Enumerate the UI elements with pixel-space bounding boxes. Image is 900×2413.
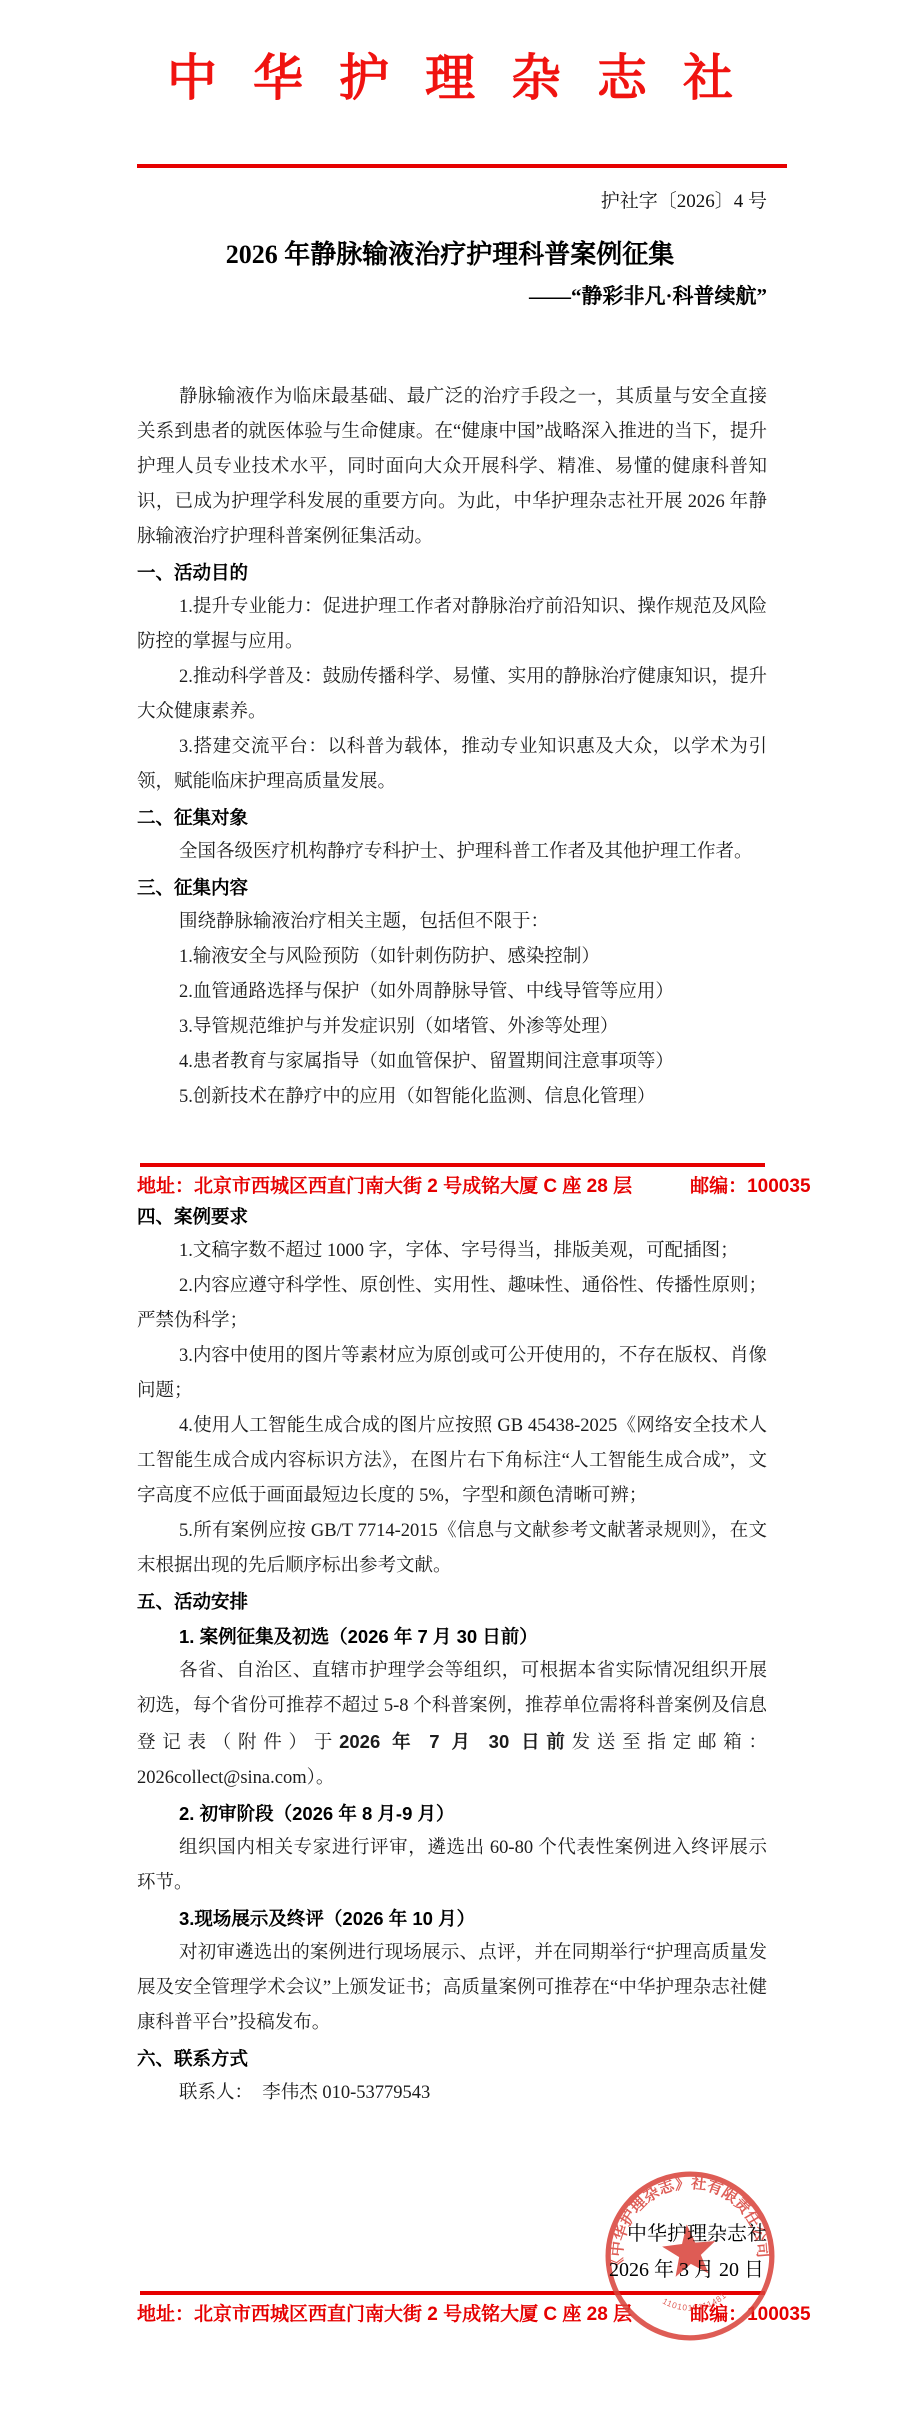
paragraph: 各省、自治区、直辖市护理学会等组织，可根据本省实际情况组织开展初选，每个省份可推… bbox=[137, 1654, 767, 1796]
paragraph: 1.提升专业能力：促进护理工作者对静脉治疗前沿知识、操作规范及风险防控的掌握与应… bbox=[137, 590, 767, 660]
org-header-title: 中华护理杂志社 bbox=[0, 46, 900, 110]
doc-number: 护社字〔2026〕4 号 bbox=[137, 188, 767, 216]
paragraph: 全国各级医疗机构静疗专科护士、护理科普工作者及其他护理工作者。 bbox=[137, 835, 767, 870]
address-text: 地址：北京市西城区西直门南大街 2 号成铭大厦 C 座 28 层 bbox=[137, 1176, 632, 1197]
header-divider-rule bbox=[137, 164, 787, 168]
document-page: 中华护理杂志社 护社字〔2026〕4 号 2026 年静脉输液治疗护理科普案例征… bbox=[0, 0, 900, 2413]
page1-footer-band: 地址：北京市西城区西直门南大街 2 号成铭大厦 C 座 28 层邮编：10003… bbox=[0, 1163, 900, 1199]
section-heading: 四、案例要求 bbox=[137, 1199, 767, 1234]
section-heading: 三、征集内容 bbox=[137, 870, 767, 905]
sub-heading: 2. 初审阶段（2026 年 8 月-9 月） bbox=[137, 1796, 767, 1831]
paragraph: 组织国内相关专家进行评审，遴选出 60-80 个代表性案例进入终评展示环节。 bbox=[137, 1831, 767, 1901]
section-heading: 五、活动安排 bbox=[137, 1584, 767, 1619]
paragraph: 1.文稿字数不超过 1000 字，字体、字号得当，排版美观，可配插图； bbox=[137, 1234, 767, 1269]
paragraph: 4.使用人工智能生成合成的图片应按照 GB 45438-2025《网络安全技术人… bbox=[137, 1409, 767, 1514]
section-heading: 二、征集对象 bbox=[137, 800, 767, 835]
address-text: 地址：北京市西城区西直门南大街 2 号成铭大厦 C 座 28 层 bbox=[137, 2304, 632, 2325]
paragraph: 2.内容应遵守科学性、原创性、实用性、趣味性、通俗性、传播性原则；严禁伪科学； bbox=[137, 1269, 767, 1339]
paragraph: 围绕静脉输液治疗相关主题，包括但不限于： bbox=[137, 905, 767, 940]
paragraph: 1.输液安全与风险预防（如针刺伤防护、感染控制） bbox=[137, 940, 767, 975]
paragraph: 静脉输液作为临床最基础、最广泛的治疗手段之一，其质量与安全直接关系到患者的就医体… bbox=[137, 380, 767, 555]
paragraph: 对初审遴选出的案例进行现场展示、点评，并在同期举行“护理高质量发展及安全管理学术… bbox=[137, 1936, 767, 2041]
content-part1: 静脉输液作为临床最基础、最广泛的治疗手段之一，其质量与安全直接关系到患者的就医体… bbox=[137, 380, 767, 1115]
svg-text:1101010111481: 1101010111481 bbox=[660, 2289, 730, 2316]
signature-block: 《中华护理杂志》社有限责任公司 1101010111481 中华护理杂志社 20… bbox=[137, 2216, 767, 2289]
paragraph: 2.推动科学普及：鼓励传播科学、易懂、实用的静脉治疗健康知识，提升大众健康素养。 bbox=[137, 660, 767, 730]
postcode-text: 邮编：100035 bbox=[690, 1176, 810, 1197]
paragraph: 5.创新技术在静疗中的应用（如智能化监测、信息化管理） bbox=[137, 1080, 767, 1115]
content-part2: 四、案例要求1.文稿字数不超过 1000 字，字体、字号得当，排版美观，可配插图… bbox=[137, 1199, 767, 2111]
page1-footer-rule bbox=[140, 1163, 765, 1167]
paragraph: 4.患者教育与家属指导（如血管保护、留置期间注意事项等） bbox=[137, 1045, 767, 1080]
paragraph: 5.所有案例应按 GB/T 7714-2015《信息与文献参考文献著录规则》，在… bbox=[137, 1514, 767, 1584]
document-subtitle: ——“静彩非凡·科普续航” bbox=[137, 280, 767, 312]
sub-heading: 3.现场展示及终评（2026 年 10 月） bbox=[137, 1901, 767, 1936]
sub-heading: 1. 案例征集及初选（2026 年 7 月 30 日前） bbox=[137, 1619, 767, 1654]
paragraph: 2.血管通路选择与保护（如外周静脉导管、中线导管等应用） bbox=[137, 975, 767, 1010]
paragraph: 3.内容中使用的图片等素材应为原创或可公开使用的，不存在版权、肖像问题； bbox=[137, 1339, 767, 1409]
document-title: 2026 年静脉输液治疗护理科普案例征集 bbox=[0, 236, 900, 274]
section-heading: 六、联系方式 bbox=[137, 2041, 767, 2076]
signature-date: 2026 年 3 月 20 日 bbox=[137, 2252, 767, 2289]
paragraph: 联系人： 李伟杰 010-53779543 bbox=[137, 2076, 767, 2111]
section-heading: 一、活动目的 bbox=[137, 555, 767, 590]
signature-org: 中华护理杂志社 bbox=[137, 2216, 767, 2252]
seal-number: 1101010111481 bbox=[660, 2289, 730, 2316]
page1-footer-address-line: 地址：北京市西城区西直门南大街 2 号成铭大厦 C 座 28 层邮编：10003… bbox=[137, 1175, 767, 1199]
paragraph: 3.搭建交流平台：以科普为载体，推动专业知识惠及大众，以学术为引领，赋能临床护理… bbox=[137, 730, 767, 800]
paragraph: 3.导管规范维护与并发症识别（如堵管、外渗等处理） bbox=[137, 1010, 767, 1045]
